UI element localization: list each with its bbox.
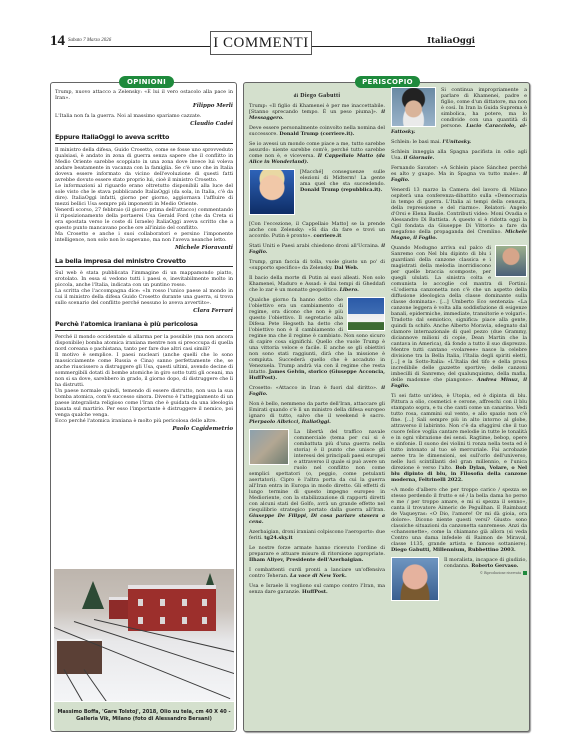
quote-item: «A modo d'albero che per troppo carico /… bbox=[391, 487, 527, 553]
article-author: Clara Ferrari bbox=[55, 308, 233, 314]
quote-with-photo: «A modo d'albero che per troppo carico /… bbox=[391, 487, 527, 553]
opinion-author: Claudio Cadei bbox=[55, 121, 233, 127]
harbor-photo bbox=[249, 429, 289, 465]
opinion-quote: Trump, nuovo attacco a Zelensky: «È lui … bbox=[55, 89, 233, 101]
article-paragraph: Venerdì scorso, 27 febbraio (il giorno p… bbox=[55, 207, 233, 231]
brand-logo: ItaliaOggi bbox=[425, 36, 475, 46]
periscopio-column-2: Si continua impropriamente a parlare di … bbox=[391, 87, 527, 603]
quote-item: Azerbaigian, droni iraniani colpiscono l… bbox=[249, 529, 385, 541]
quote-item: Venerdì 13 marzo la Camera del lavoro di… bbox=[391, 187, 527, 241]
article-author: Paolo Cagidemetrio bbox=[55, 426, 233, 432]
quote-with-photo: Qualche giorno fa hanno detto che l'obie… bbox=[249, 297, 385, 381]
opinion-author: Filippo Merli bbox=[55, 103, 233, 109]
article-author: Michele Fioravanti bbox=[55, 245, 233, 251]
eco-photo bbox=[495, 245, 527, 277]
quote-with-photo: Si continua impropriamente a parlare di … bbox=[391, 87, 527, 135]
page-date: Sabato 7 Marzo 2026 bbox=[68, 38, 111, 43]
opinioni-label: OPINIONI bbox=[119, 76, 174, 88]
quote-with-photo: Quando Modugno arriva sul palco di Sanre… bbox=[391, 245, 527, 389]
page-number: 14 bbox=[50, 33, 68, 50]
article-paragraph: La scritta che l'accompagna dice: «In ro… bbox=[55, 288, 233, 306]
quote-with-photo: La libertà del traffico navale commercia… bbox=[249, 429, 385, 525]
painting-image bbox=[54, 569, 234, 701]
tree-shape bbox=[82, 581, 104, 609]
opinion-quote: L'Italia non fa la guerra. Noi al massim… bbox=[55, 113, 233, 119]
opinioni-panel: OPINIONI Trump, nuovo attacco a Zelensky… bbox=[50, 82, 237, 732]
quote-item: Ti sei fatto un'idea, è Utopia, ed è dip… bbox=[391, 393, 527, 483]
periscopio-panel: PERISCOPIO di Diego Gabutti Trump: «Il f… bbox=[243, 82, 530, 732]
quote-item: Stati Uniti e Paesi arabi chiedono droni… bbox=[249, 243, 385, 255]
article-paragraph: Un paese normale quindi, temendo di esse… bbox=[55, 388, 233, 418]
quote-item: Trump, gran faccia di tolla, vuole giust… bbox=[249, 259, 385, 271]
article-paragraph: Ecco perché l'atomica iraniana è molto p… bbox=[55, 418, 233, 424]
quote-item: Trump: «Il figlio di Khamenei è per me i… bbox=[249, 103, 385, 121]
section-title: I COMMENTI bbox=[210, 31, 312, 55]
quote-item: Crosetto: «Attacco in Iran è fuori dal d… bbox=[249, 385, 385, 397]
masthead: 14 Sabato 7 Marzo 2026 I COMMENTI Italia… bbox=[50, 34, 475, 50]
quote-item: Il bacio della morte di Putin ai suoi al… bbox=[249, 275, 385, 293]
white-house-photo bbox=[347, 297, 385, 331]
periscopio-column-1: di Diego Gabutti Trump: «Il figlio di Kh… bbox=[249, 91, 385, 599]
quote-item: Schlein inneggia alla Spagna pacifista i… bbox=[391, 149, 527, 161]
end-square-icon bbox=[523, 571, 527, 575]
photo-caption: Massimo Boffa, 'Gare Tolstoj', 2018, Oli… bbox=[54, 701, 234, 731]
trump-photo bbox=[249, 169, 295, 215]
quote-item: Se io avessi un mondo come piace a me, t… bbox=[249, 141, 385, 165]
article-paragraph: Sul web è stata pubblicata l'immagine di… bbox=[55, 270, 233, 288]
article-paragraph: Le informazioni al riguardo erano oltret… bbox=[55, 183, 233, 207]
article-paragraph: Perché il mondo occidentale si allarma p… bbox=[55, 334, 233, 352]
quote-item: Deve essere personalmente coinvolto nell… bbox=[249, 125, 385, 137]
article-headline: Eppure ItaliaOggi lo aveva scritto bbox=[55, 131, 233, 144]
quote-item: I combattenti curdi pronti a lanciare un… bbox=[249, 567, 385, 579]
opinioni-column: Trump, nuovo attacco a Zelensky: «È lui … bbox=[55, 89, 233, 436]
quote-item: [Con l'eccezione, il Cappellaio Matto] s… bbox=[249, 221, 385, 239]
quote-item: Usa e Israele li vogliono sul campo cont… bbox=[249, 583, 385, 595]
quote-item: Schlein: le basi mai. l'Unitasky. bbox=[391, 139, 527, 145]
quote-item: Non è bello, nemmeno da parte dell'Iran,… bbox=[249, 401, 385, 425]
article-paragraph: Ma Crosetto e anche i suoi collaboratori… bbox=[55, 231, 233, 243]
article-headline: Perchè l'atomica iraniana è più pericolo… bbox=[55, 318, 233, 331]
byline-prefix: di bbox=[294, 94, 299, 99]
article-paragraph: Il motivo è semplice. I paesi nucleari (… bbox=[55, 352, 233, 388]
byline: di Diego Gabutti bbox=[249, 93, 385, 99]
quote-with-photo: Il moralista, incapace di giudizio, cond… bbox=[391, 557, 527, 603]
byline-name: Diego Gabutti bbox=[300, 93, 340, 99]
khamenei-photo bbox=[391, 87, 436, 127]
article-paragraph: Il ministro della difesa, Guido Crosetto… bbox=[55, 147, 233, 183]
station-building bbox=[128, 585, 216, 631]
quote-item: Le nostre forze armate hanno ricevuto l'… bbox=[249, 545, 385, 563]
gervaso-photo bbox=[391, 557, 439, 601]
article-headline: La bella impresa del ministro Crovetto bbox=[55, 255, 233, 268]
quote-item: Fernando Savater: «A Schlein piace Sánch… bbox=[391, 165, 527, 183]
painting-photo: Massimo Boffa, 'Gare Tolstoj', 2018, Oli… bbox=[54, 569, 234, 731]
quote-with-photo: [Macché] conseguenze sulle elezioni di M… bbox=[249, 169, 385, 217]
